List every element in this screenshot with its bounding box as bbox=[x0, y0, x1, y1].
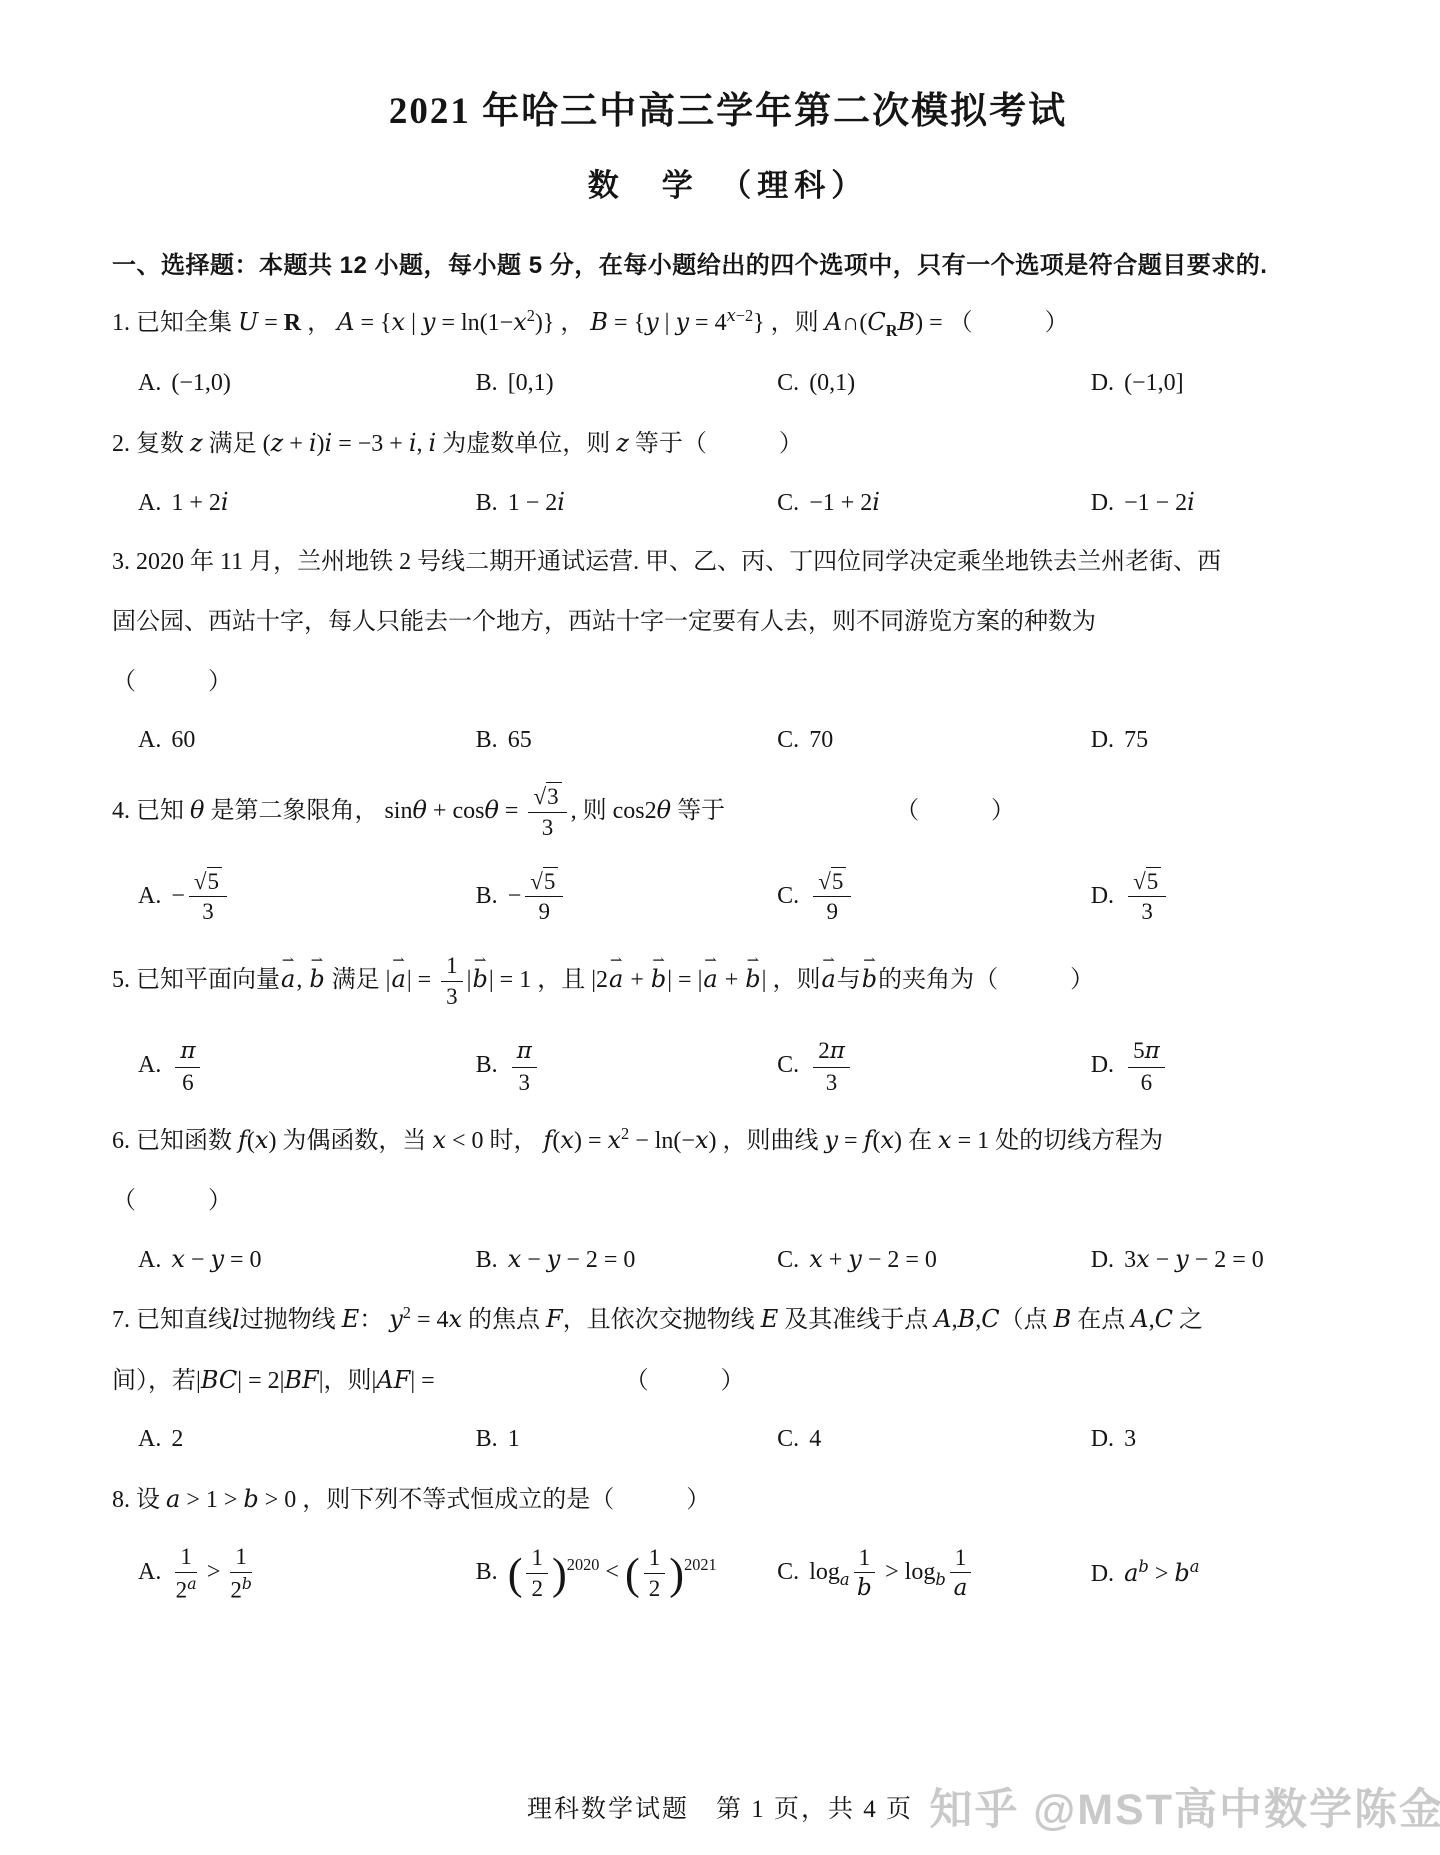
option-value: ab > ba bbox=[1124, 1561, 1199, 1587]
question-2-option-C: C.−1 + 2i bbox=[777, 486, 880, 521]
question-1-text: 1. 已知全集 U = R ， A = {x | y = ln(1−x2)} ，… bbox=[112, 304, 1344, 343]
question-4-option-A: A.−√53 bbox=[138, 867, 231, 928]
option-label: C. bbox=[777, 1247, 799, 1273]
question-6-options: A.x − y = 0B.x − y − 2 = 0C.x + y − 2 = … bbox=[112, 1243, 1344, 1278]
option-value: 4 bbox=[809, 1426, 821, 1452]
question-1: 1. 已知全集 U = R ， A = {x | y = ln(1−x2)} ，… bbox=[112, 304, 1344, 401]
page-title: 2021 年哈三中高三学年第二次模拟考试 bbox=[112, 80, 1344, 134]
option-value: 70 bbox=[809, 727, 833, 753]
option-label: D. bbox=[1091, 883, 1114, 909]
option-label: A. bbox=[138, 1247, 161, 1273]
option-value: √59 bbox=[809, 883, 855, 909]
option-label: C. bbox=[777, 727, 799, 753]
question-7-option-A: A.2 bbox=[138, 1423, 183, 1457]
option-value: (−1,0] bbox=[1124, 370, 1184, 396]
question-1-option-A: A.(−1,0) bbox=[138, 367, 231, 401]
option-value: x − y − 2 = 0 bbox=[508, 1247, 636, 1273]
option-value: 2 bbox=[171, 1426, 183, 1452]
page-content: 2021 年哈三中高三学年第二次模拟考试 数 学 （理科） 一、选择题：本题共 … bbox=[0, 0, 1440, 1605]
option-label: A. bbox=[138, 883, 161, 909]
option-label: C. bbox=[777, 490, 799, 516]
question-8-option-C: C.loga1b > logb1a bbox=[777, 1543, 975, 1605]
question-7-option-B: B.1 bbox=[476, 1423, 520, 1457]
question-3-option-D: D.75 bbox=[1091, 724, 1148, 758]
option-label: D. bbox=[1091, 1247, 1114, 1273]
option-label: B. bbox=[476, 1247, 498, 1273]
question-6: 6. 已知函数 f(x) 为偶函数，当 x < 0 时， f(x) = x2 −… bbox=[112, 1122, 1344, 1278]
question-5-option-C: C.2π3 bbox=[777, 1036, 854, 1098]
question-8: 8. 设 a > 1 > b > 0 ，则下列不等式恒成立的是（ ）A.12a … bbox=[112, 1481, 1344, 1605]
option-label: B. bbox=[476, 1052, 498, 1078]
option-value: −√59 bbox=[508, 883, 568, 909]
question-2-option-B: B.1 − 2i bbox=[476, 486, 565, 521]
option-value: (−1,0) bbox=[171, 370, 231, 396]
question-8-options: A.12a > 12bB.(12)2020 < (12)2021C.loga1b… bbox=[112, 1542, 1344, 1605]
question-6-option-D: D.3x − y − 2 = 0 bbox=[1091, 1243, 1264, 1278]
option-label: A. bbox=[138, 727, 161, 753]
question-7-options: A.2B.1C.4D.3 bbox=[112, 1423, 1344, 1457]
option-label: D. bbox=[1091, 1561, 1114, 1587]
option-label: C. bbox=[777, 1052, 799, 1078]
option-value: √53 bbox=[1124, 883, 1170, 909]
question-3-options: A.60B.65C.70D.75 bbox=[112, 724, 1344, 758]
question-8-option-A: A.12a > 12b bbox=[138, 1542, 256, 1605]
question-3-option-C: C.70 bbox=[777, 724, 833, 758]
question-5-text: 5. 已知平面向量a, b 满足 |a| = 13|b| = 1 ，且 |2a … bbox=[112, 951, 1344, 1012]
option-label: B. bbox=[476, 727, 498, 753]
option-value: 1 − 2i bbox=[508, 490, 565, 516]
option-value: x − y = 0 bbox=[171, 1247, 261, 1273]
exam-page: 2021 年哈三中高三学年第二次模拟考试 数 学 （理科） 一、选择题：本题共 … bbox=[0, 0, 1440, 1855]
question-6-option-A: A.x − y = 0 bbox=[138, 1243, 262, 1278]
question-4-option-D: D.√53 bbox=[1091, 867, 1171, 928]
option-label: B. bbox=[476, 370, 498, 396]
option-label: A. bbox=[138, 370, 161, 396]
option-value: 3 bbox=[1124, 1426, 1136, 1452]
option-value: π6 bbox=[171, 1052, 204, 1078]
option-label: D. bbox=[1091, 490, 1114, 516]
question-6-text: （ ） bbox=[112, 1183, 1344, 1219]
option-label: B. bbox=[476, 490, 498, 516]
option-value: −1 + 2i bbox=[809, 490, 880, 516]
question-7: 7. 已知直线l过抛物线 E： y2 = 4x 的焦点 F，且依次交抛物线 E … bbox=[112, 1301, 1344, 1457]
option-value: 2π3 bbox=[809, 1052, 854, 1078]
option-label: C. bbox=[777, 1559, 799, 1585]
option-value: [0,1) bbox=[508, 370, 554, 396]
question-2-option-D: D.−1 − 2i bbox=[1091, 486, 1195, 521]
question-5-option-B: B.π3 bbox=[476, 1036, 541, 1098]
option-value: 75 bbox=[1124, 727, 1148, 753]
option-value: (12)2020 < (12)2021 bbox=[508, 1559, 717, 1585]
option-label: B. bbox=[476, 1559, 498, 1585]
question-4: 4. 已知 θ 是第二象限角， sinθ + cosθ = √33, 则 cos… bbox=[112, 782, 1344, 927]
question-4-option-B: B.−√59 bbox=[476, 867, 568, 928]
question-2-options: A.1 + 2iB.1 − 2iC.−1 + 2iD.−1 − 2i bbox=[112, 486, 1344, 521]
question-6-text: 6. 已知函数 f(x) 为偶函数，当 x < 0 时， f(x) = x2 −… bbox=[112, 1122, 1344, 1159]
question-6-option-C: C.x + y − 2 = 0 bbox=[777, 1243, 937, 1278]
question-8-option-B: B.(12)2020 < (12)2021 bbox=[476, 1543, 717, 1604]
question-7-option-C: C.4 bbox=[777, 1423, 821, 1457]
question-7-option-D: D.3 bbox=[1091, 1423, 1136, 1457]
option-value: 5π6 bbox=[1124, 1052, 1169, 1078]
question-8-text: 8. 设 a > 1 > b > 0 ，则下列不等式恒成立的是（ ） bbox=[112, 1481, 1344, 1518]
page-subtitle: 数 学 （理科） bbox=[112, 160, 1344, 205]
option-label: D. bbox=[1091, 727, 1114, 753]
option-label: A. bbox=[138, 1052, 161, 1078]
question-3-text: 3. 2020 年 11 月，兰州地铁 2 号线二期开通试运营. 甲、乙、丙、丁… bbox=[112, 544, 1344, 580]
option-label: D. bbox=[1091, 370, 1114, 396]
question-8-option-D: D.ab > ba bbox=[1091, 1556, 1200, 1592]
question-2-option-A: A.1 + 2i bbox=[138, 486, 229, 521]
option-value: 1 bbox=[508, 1426, 520, 1452]
option-label: C. bbox=[777, 1426, 799, 1452]
question-3-text: （ ） bbox=[112, 664, 1344, 700]
question-3-option-B: B.65 bbox=[476, 724, 532, 758]
option-label: C. bbox=[777, 883, 799, 909]
option-label: A. bbox=[138, 1559, 161, 1585]
question-1-option-B: B.[0,1) bbox=[476, 367, 554, 401]
watermark: 知乎 @MST高中数学陈金 bbox=[929, 1776, 1440, 1837]
option-value: loga1b > logb1a bbox=[809, 1559, 975, 1585]
question-5-options: A.π6B.π3C.2π3D.5π6 bbox=[112, 1036, 1344, 1098]
option-label: D. bbox=[1091, 1426, 1114, 1452]
option-value: 3x − y − 2 = 0 bbox=[1124, 1247, 1264, 1273]
option-label: C. bbox=[777, 370, 799, 396]
question-4-option-C: C.√59 bbox=[777, 867, 855, 928]
option-value: (0,1) bbox=[809, 370, 855, 396]
question-4-options: A.−√53B.−√59C.√59D.√53 bbox=[112, 867, 1344, 928]
question-2: 2. 复数 z 满足 (z + i)i = −3 + i, i 为虚数单位，则 … bbox=[112, 425, 1344, 521]
question-6-option-B: B.x − y − 2 = 0 bbox=[476, 1243, 636, 1278]
option-label: B. bbox=[476, 883, 498, 909]
question-3: 3. 2020 年 11 月，兰州地铁 2 号线二期开通试运营. 甲、乙、丙、丁… bbox=[112, 544, 1344, 758]
section-instruction: 一、选择题：本题共 12 小题，每小题 5 分，在每小题给出的四个选项中，只有一… bbox=[112, 245, 1344, 280]
option-value: 65 bbox=[508, 727, 532, 753]
question-4-text: 4. 已知 θ 是第二象限角， sinθ + cosθ = √33, 则 cos… bbox=[112, 782, 1344, 843]
option-label: D. bbox=[1091, 1052, 1114, 1078]
option-label: A. bbox=[138, 490, 161, 516]
question-5: 5. 已知平面向量a, b 满足 |a| = 13|b| = 1 ，且 |2a … bbox=[112, 951, 1344, 1097]
question-1-option-D: D.(−1,0] bbox=[1091, 367, 1184, 401]
question-5-option-A: A.π6 bbox=[138, 1036, 204, 1098]
option-value: −1 − 2i bbox=[1124, 490, 1195, 516]
option-value: x + y − 2 = 0 bbox=[809, 1247, 937, 1273]
question-1-option-C: C.(0,1) bbox=[777, 367, 855, 401]
question-7-text: 7. 已知直线l过抛物线 E： y2 = 4x 的焦点 F，且依次交抛物线 E … bbox=[112, 1301, 1344, 1338]
question-5-option-D: D.5π6 bbox=[1091, 1036, 1169, 1098]
question-2-text: 2. 复数 z 满足 (z + i)i = −3 + i, i 为虚数单位，则 … bbox=[112, 425, 1344, 462]
question-3-option-A: A.60 bbox=[138, 724, 195, 758]
option-value: 60 bbox=[171, 727, 195, 753]
questions: 1. 已知全集 U = R ， A = {x | y = ln(1−x2)} ，… bbox=[112, 304, 1344, 1605]
option-value: π3 bbox=[508, 1052, 541, 1078]
option-label: A. bbox=[138, 1426, 161, 1452]
option-value: 1 + 2i bbox=[171, 490, 228, 516]
option-value: 12a > 12b bbox=[171, 1559, 256, 1585]
option-value: −√53 bbox=[171, 883, 231, 909]
question-3-text: 固公园、西站十字，每人只能去一个地方，西站十字一定要有人去，则不同游览方案的种数… bbox=[112, 604, 1344, 640]
question-7-text: 间），若|BC| = 2|BF|，则|AF| =（ ） bbox=[112, 1362, 1344, 1399]
question-1-options: A.(−1,0)B.[0,1)C.(0,1)D.(−1,0] bbox=[112, 367, 1344, 401]
option-label: B. bbox=[476, 1426, 498, 1452]
